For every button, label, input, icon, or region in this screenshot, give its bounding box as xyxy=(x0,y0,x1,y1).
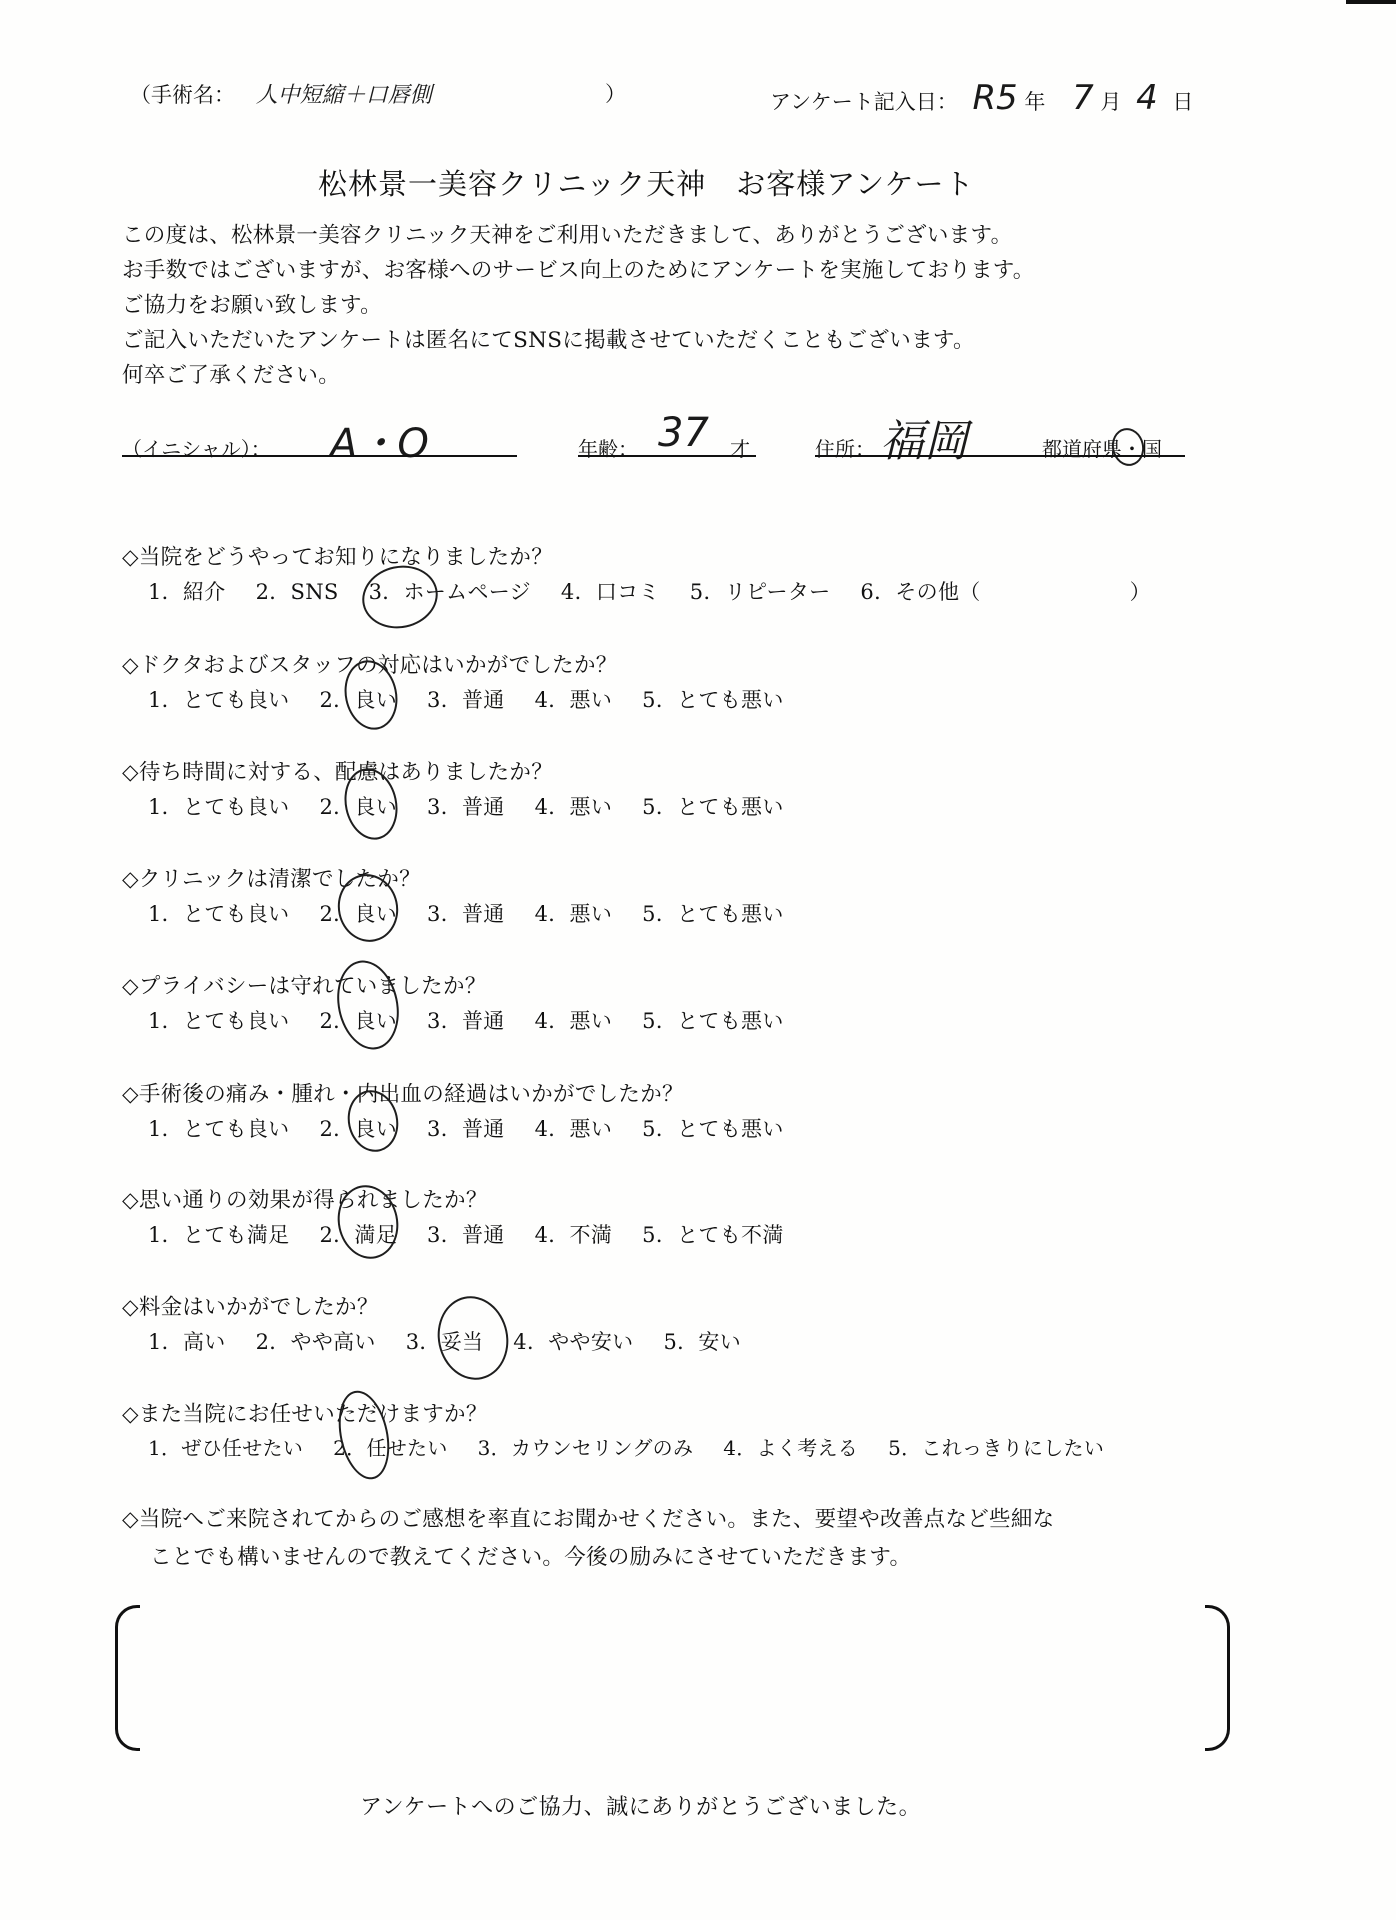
option-2[interactable]: 2．やや高い xyxy=(256,1326,376,1356)
option-5[interactable]: 5．とても悪い xyxy=(642,1005,783,1035)
intro-line-3: ご協力をお願い致します。 xyxy=(122,288,382,319)
option-1[interactable]: 1．高い xyxy=(148,1326,226,1356)
question-7-text: ◇思い通りの効果が得られましたか？ xyxy=(122,1183,488,1214)
option-5[interactable]: 5．リピーター xyxy=(690,576,831,606)
intro-line-5: 何卒ご了承ください。 xyxy=(122,358,340,389)
date-month[interactable]: 7 xyxy=(1072,78,1094,118)
option-5[interactable]: 5．とても悪い xyxy=(642,898,783,928)
option-2-selected[interactable]: 2．任せたい xyxy=(333,1432,448,1461)
intro-line-2: お手数ではございますが、お客様へのサービス向上のためにアンケートを実施しておりま… xyxy=(122,253,1035,284)
question-1-text: ◇当院をどうやってお知りになりましたか？ xyxy=(122,540,553,571)
option-4[interactable]: 4．悪い xyxy=(535,791,613,821)
scan-edge-mark xyxy=(1346,0,1396,4)
comment-box[interactable] xyxy=(145,1605,1195,1745)
option-4[interactable]: 4．不満 xyxy=(535,1219,613,1249)
option-3[interactable]: 3．普通 xyxy=(427,791,505,821)
thank-you-footer: アンケートへのご協力、誠にありがとうございました。 xyxy=(360,1790,921,1821)
option-2[interactable]: 2．SNS xyxy=(256,576,339,606)
address-label: 住所： xyxy=(815,433,875,462)
option-3[interactable]: 3．普通 xyxy=(427,1219,505,1249)
initials-value[interactable]: A・O xyxy=(330,412,429,469)
comment-prompt-line-2: ことでも構いませんので教えてください。今後の励みにさせていただきます。 xyxy=(150,1540,911,1571)
question-3-options: 1．とても良い 2．良い 3．普通 4．悪い 5．とても悪い xyxy=(148,791,814,821)
question-3-text: ◇待ち時間に対する、配慮はありましたか？ xyxy=(122,755,553,786)
day-unit: 日 xyxy=(1172,90,1193,114)
option-2-selected[interactable]: 2．満足 xyxy=(319,1219,397,1249)
option-4[interactable]: 4．口コミ xyxy=(561,576,660,606)
option-2-selected[interactable]: 2．良い xyxy=(319,684,397,714)
option-1[interactable]: 1．とても良い xyxy=(148,1113,289,1143)
procedure-close: ） xyxy=(605,78,626,108)
question-4-text: ◇クリニックは清潔でしたか？ xyxy=(122,862,421,893)
comment-box-left-bracket xyxy=(115,1605,140,1751)
age-label: 年齢： xyxy=(578,433,638,462)
question-5-options: 1．とても良い 2．良い 3．普通 4．悪い 5．とても悪い xyxy=(148,1005,814,1035)
date-label: アンケート記入日： xyxy=(770,90,958,114)
intro-line-4: ご記入いただいたアンケートは匿名にてSNSに掲載させていただくこともございます。 xyxy=(122,323,975,354)
comment-box-right-bracket xyxy=(1205,1605,1230,1751)
date-era-year[interactable]: R5 xyxy=(972,78,1017,118)
month-unit: 月 xyxy=(1100,90,1121,114)
date-day[interactable]: 4 xyxy=(1136,78,1158,118)
option-4[interactable]: 4．悪い xyxy=(535,1113,613,1143)
question-9-text: ◇また当院にお任せいただけますか？ xyxy=(122,1397,488,1428)
option-1[interactable]: 1．とても良い xyxy=(148,898,289,928)
option-1[interactable]: 1．とても満足 xyxy=(148,1219,289,1249)
option-2-selected[interactable]: 2．良い xyxy=(319,898,397,928)
address-underline xyxy=(815,455,1185,457)
option-4[interactable]: 4．悪い xyxy=(535,1005,613,1035)
option-6[interactable]: 6．その他（ ） xyxy=(860,576,1151,606)
option-3[interactable]: 3．普通 xyxy=(427,1005,505,1035)
year-unit: 年 xyxy=(1024,90,1045,114)
procedure-label: （手術名： xyxy=(130,83,235,107)
option-2-selected[interactable]: 2．良い xyxy=(319,1113,397,1143)
option-4[interactable]: 4．よく考える xyxy=(723,1432,858,1461)
option-4[interactable]: 4．悪い xyxy=(535,898,613,928)
page-title: 松林景一美容クリニック天神 お客様アンケート xyxy=(318,162,975,203)
option-5[interactable]: 5．これっきりにしたい xyxy=(888,1432,1104,1461)
option-3[interactable]: 3．普通 xyxy=(427,898,505,928)
age-underline xyxy=(578,455,756,457)
option-5[interactable]: 5．とても不満 xyxy=(642,1219,783,1249)
option-3-selected[interactable]: 3．妥当 xyxy=(406,1326,484,1356)
age-unit: 才 xyxy=(730,433,750,462)
option-3-selected[interactable]: 3．ホームページ xyxy=(369,576,531,606)
option-4[interactable]: 4．悪い xyxy=(535,684,613,714)
question-4-options: 1．とても良い 2．良い 3．普通 4．悪い 5．とても悪い xyxy=(148,898,814,928)
option-1[interactable]: 1．とても良い xyxy=(148,791,289,821)
option-1[interactable]: 1．とても良い xyxy=(148,1005,289,1035)
address-value[interactable]: 福岡 xyxy=(880,405,968,469)
question-6-text: ◇手術後の痛み・腫れ・内出血の経過はいかがでしたか？ xyxy=(122,1077,684,1108)
intro-line-1: この度は、松林景一美容クリニック天神をご利用いただきまして、ありがとうございます… xyxy=(122,218,1012,249)
option-5[interactable]: 5．安い xyxy=(663,1326,741,1356)
option-2-selected[interactable]: 2．良い xyxy=(319,791,397,821)
question-2-text: ◇ドクタおよびスタッフの対応はいかがでしたか？ xyxy=(122,648,618,679)
age-value[interactable]: 37 xyxy=(658,410,709,456)
option-5[interactable]: 5．とても悪い xyxy=(642,791,783,821)
question-8-options: 1．高い 2．やや高い 3．妥当 4．やや安い 5．安い xyxy=(148,1326,771,1356)
question-9-options: 1．ぜひ任せたい 2．任せたい 3．カウンセリングのみ 4．よく考える 5．これ… xyxy=(148,1432,1134,1461)
option-5[interactable]: 5．とても悪い xyxy=(642,684,783,714)
question-2-options: 1．とても良い 2．良い 3．普通 4．悪い 5．とても悪い xyxy=(148,684,814,714)
option-1[interactable]: 1．紹介 xyxy=(148,576,226,606)
procedure-value[interactable]: 人中短縮＋口唇側 xyxy=(256,83,432,108)
option-1[interactable]: 1．ぜひ任せたい xyxy=(148,1432,303,1461)
question-7-options: 1．とても満足 2．満足 3．普通 4．不満 5．とても不満 xyxy=(148,1219,814,1249)
question-1-options: 1．紹介 2．SNS 3．ホームページ 4．口コミ 5．リピーター 6．その他（… xyxy=(148,576,1181,606)
address-suffix: 都道府県・国 xyxy=(1042,433,1162,462)
procedure-field: （手術名： 人中短縮＋口唇側 xyxy=(130,78,432,109)
question-6-options: 1．とても良い 2．良い 3．普通 4．悪い 5．とても悪い xyxy=(148,1113,814,1143)
option-5[interactable]: 5．とても悪い xyxy=(642,1113,783,1143)
initials-label: （イニシャル）： xyxy=(122,433,271,462)
option-3[interactable]: 3．普通 xyxy=(427,684,505,714)
option-4[interactable]: 4．やや安い xyxy=(513,1326,633,1356)
question-8-text: ◇料金はいかがでしたか？ xyxy=(122,1290,379,1321)
question-5-text: ◇プライバシーは守れていましたか？ xyxy=(122,969,487,1000)
initials-underline xyxy=(122,455,517,457)
comment-prompt-line-1: ◇当院へご来院されてからのご感想を率直にお聞かせください。また、要望や改善点など… xyxy=(122,1502,1054,1533)
survey-date-field: アンケート記入日： R5 年 7 月 4 日 xyxy=(770,78,1193,118)
option-1[interactable]: 1．とても良い xyxy=(148,684,289,714)
option-3[interactable]: 3．カウンセリングのみ xyxy=(478,1432,694,1461)
option-3[interactable]: 3．普通 xyxy=(427,1113,505,1143)
option-2-selected[interactable]: 2．良い xyxy=(319,1005,397,1035)
